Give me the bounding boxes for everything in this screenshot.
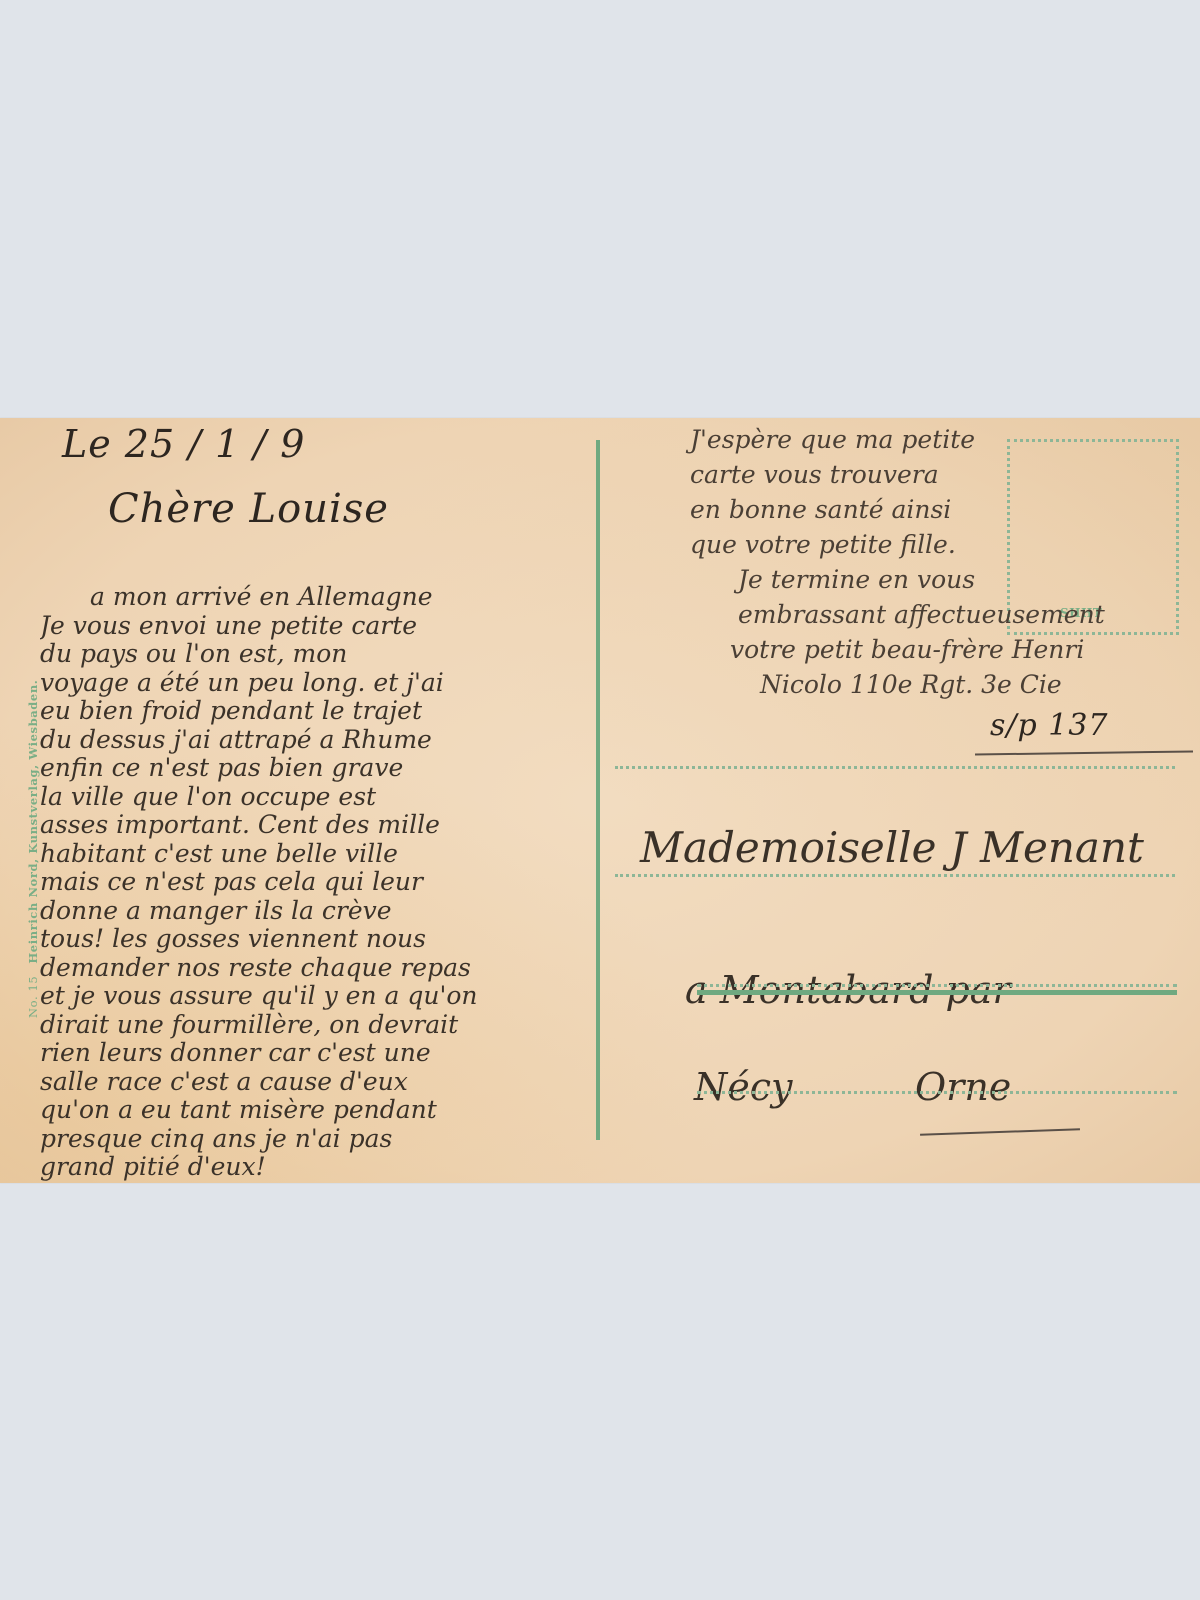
message-line: en bonne santé ainsi xyxy=(690,492,1190,527)
message-line: eu bien froid pendant le trajet xyxy=(40,697,600,726)
message-line: enfin ce n'est pas bien grave xyxy=(40,754,600,783)
message-line: a mon arrivé en Allemagne xyxy=(40,583,600,612)
message-line: habitant c'est une belle ville xyxy=(40,840,600,869)
publisher-number: No. 15 xyxy=(26,976,40,1018)
signature-line: Nicolo 110e Rgt. 3e Cie xyxy=(690,667,1190,702)
department-underline xyxy=(920,1128,1080,1135)
message-line: grand pitié d'eux! xyxy=(40,1153,600,1182)
salutation: Chère Louise xyxy=(108,486,389,532)
publisher-name: Heinrich Nord, Kunstverlag, Wiesbaden. xyxy=(26,680,40,964)
message-line: mais ce n'est pas cela qui leur xyxy=(40,868,600,897)
message-line: demander nos reste chaque repas xyxy=(40,954,600,983)
message-line: rien leurs donner car c'est une xyxy=(40,1039,600,1068)
message-line: qu'on a eu tant misère pendant xyxy=(40,1096,600,1125)
message-line: carte vous trouvera xyxy=(690,457,1190,492)
addressee: Mademoiselle J Menant xyxy=(640,823,1144,872)
sector-postal-number: s/p 137 xyxy=(990,708,1109,743)
message-right: J'espère que ma petite carte vous trouve… xyxy=(690,422,1190,702)
message-line: que votre petite fille. xyxy=(690,527,1190,562)
message-line: donne a manger ils la crève xyxy=(40,897,600,926)
message-line: Je vous envoi une petite carte xyxy=(40,612,600,641)
message-line: salle race c'est a cause d'eux xyxy=(40,1068,600,1097)
ref-underline xyxy=(975,750,1193,755)
message-line: voyage a été un peu long. et j'ai xyxy=(40,669,600,698)
center-divider xyxy=(596,440,600,1140)
message-line: J'espère que ma petite xyxy=(690,422,1190,457)
message-line: asses important. Cent des mille xyxy=(40,811,600,840)
message-line: tous! les gosses viennent nous xyxy=(40,925,600,954)
address-line-4 xyxy=(697,1091,1177,1094)
address-solid-underline xyxy=(697,990,1177,995)
message-line: dirait une fourmillère, on devrait xyxy=(40,1011,600,1040)
message-line: du dessus j'ai attrapé a Rhume xyxy=(40,726,600,755)
message-left: a mon arrivé en Allemagne Je vous envoi … xyxy=(40,583,600,1182)
address-dept-town: Nécy xyxy=(694,1065,793,1109)
address-line-3 xyxy=(697,984,1177,987)
address-line-2 xyxy=(615,874,1175,877)
address-department: Orne xyxy=(915,1065,1011,1109)
postcard: Le 25 / 1 / 9 Chère Louise a mon arrivé … xyxy=(0,418,1200,1183)
message-line: du pays ou l'on est, mon xyxy=(40,640,600,669)
address-line-1 xyxy=(615,766,1175,769)
message-line: Je termine en vous xyxy=(690,562,1190,597)
message-line: embrassant affectueusement xyxy=(690,597,1190,632)
message-line: la ville que l'on occupe est xyxy=(40,783,600,812)
publisher-imprint: No. 15Heinrich Nord, Kunstverlag, Wiesba… xyxy=(26,680,40,1018)
message-line: et je vous assure qu'il y en a qu'on xyxy=(40,982,600,1011)
message-line: presque cinq ans je n'ai pas xyxy=(40,1125,600,1154)
date: Le 25 / 1 / 9 xyxy=(62,422,305,466)
message-line: votre petit beau-frère Henri xyxy=(690,632,1190,667)
